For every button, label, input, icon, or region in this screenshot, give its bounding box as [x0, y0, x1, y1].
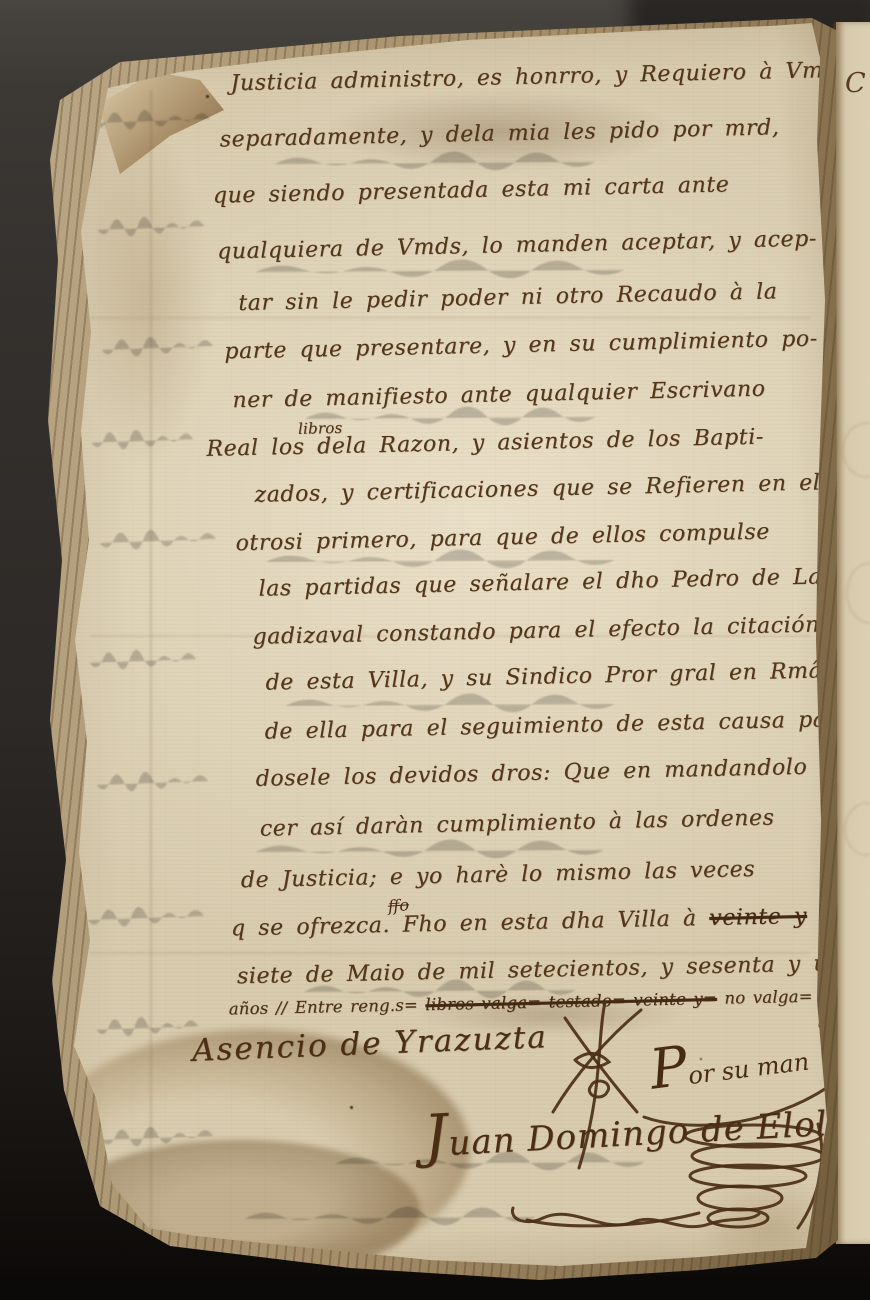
crossed-abbreviation-mark: ffo — [387, 895, 409, 915]
ink-spot — [350, 1106, 353, 1109]
manuscript-line: otrosi primero, para que de ellos compul… — [235, 520, 770, 557]
ink-spot — [206, 95, 209, 98]
manuscript-line: las partidas que señalare el dho Pedro d… — [258, 564, 830, 601]
bleed-through-squiggle — [94, 1012, 200, 1045]
water-stain — [86, 140, 206, 460]
bleed-through-squiggle — [95, 212, 206, 246]
manuscript-line: cer así daràn cumplimiento à las ordenes — [260, 806, 775, 842]
ink-spot — [700, 1058, 702, 1060]
manuscript-line: siete de Maio de mil setecientos, y sese… — [237, 950, 870, 989]
manuscript-line: ner de manifiesto ante qualquier Escriva… — [232, 377, 766, 414]
manuscript-line: separadamente, y dela mia les pido por m… — [219, 115, 779, 152]
bleed-through-squiggle — [94, 767, 210, 801]
manuscript-line: de ella para el seguimiento de esta caus… — [264, 706, 870, 744]
bleed-through-squiggle — [91, 105, 212, 139]
bleed-through-squiggle — [97, 525, 218, 559]
manuscript-line: Justicia administro, es honrro, y Requie… — [230, 58, 850, 97]
manuscript-line: Real los dela Razon, y asientos de los B… — [206, 425, 764, 462]
manuscript-line: tar sin le pedir poder ni otro Recaudo à… — [238, 279, 778, 316]
bleed-through-squiggle — [87, 645, 198, 679]
bleed-through-squiggle — [85, 902, 206, 936]
interlinear-insertion: libros — [298, 419, 343, 438]
facing-page-edge: C — [833, 22, 870, 1244]
bleed-through-squiggle — [89, 425, 195, 458]
water-ring-stain — [844, 802, 870, 856]
facing-page-letter: C — [845, 68, 866, 99]
water-ring-stain — [842, 422, 870, 478]
bleed-through-squiggle — [99, 1122, 215, 1156]
manuscript-line: gadizaval constando para el efecto la ci… — [252, 613, 820, 650]
manuscript-line: parte que presentare, y en su cumplimien… — [224, 326, 818, 364]
manuscript-photo: C Justicia administro, es honrro, y Requ… — [0, 0, 870, 1300]
manuscript-line: que siendo presentada esta mi carta ante — [213, 172, 730, 208]
manuscript-line: dosele los devidos dros: Que en mandando… — [255, 754, 856, 792]
manuscript-line: zados, y certificaciones que se Refieren… — [254, 470, 820, 507]
manuscript-line: qualquiera de Vmds, lo manden aceptar, y… — [217, 226, 817, 264]
manuscript-line: de Justicia; e yo harè lo mismo las vece… — [241, 857, 756, 893]
manuscript-line: de esta Villa, y su Sindico Pror gral en… — [265, 658, 842, 696]
manuscript-text: Justicia administro, es honrro, y Requie… — [195, 46, 870, 1070]
manuscript-line: q se ofrezca. Fho en esta dha Villa à ve… — [231, 904, 808, 942]
ink-spot — [470, 300, 472, 302]
signature-loop-flourish — [668, 1118, 830, 1236]
manuscript-page: Justicia administro, es honrro, y Requie… — [0, 0, 870, 1300]
bleed-through-squiggle — [240, 1205, 540, 1233]
water-ring-stain — [846, 562, 870, 624]
manuscript-line: años // Entre reng.s= libros valga= test… — [229, 987, 813, 1019]
bleed-through-squiggle — [99, 332, 215, 366]
